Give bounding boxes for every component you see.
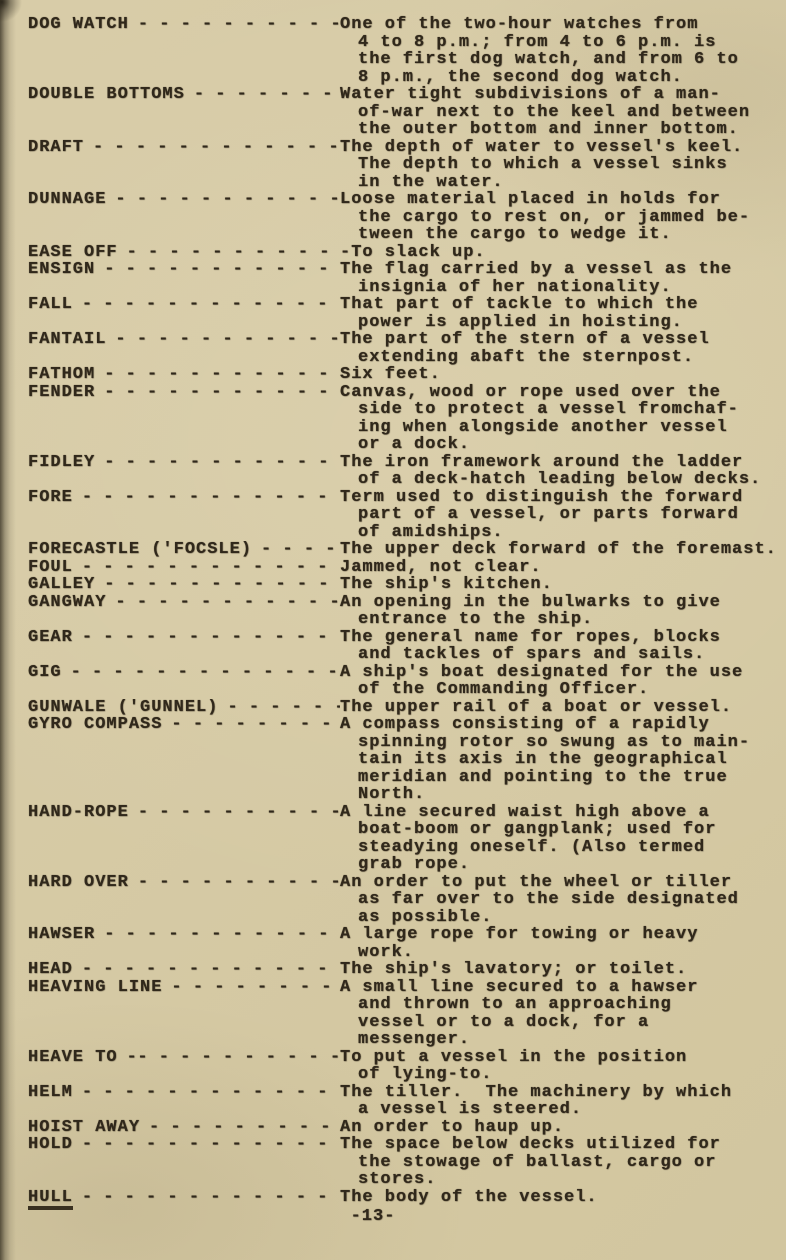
dash-leader: - - - - - - - - (171, 979, 340, 997)
dash-leader: - - - - - - - - - - - (104, 926, 340, 944)
term-label: DUNNAGE (28, 191, 106, 209)
definition-line: Jammed, not clear. (340, 559, 786, 577)
definition-line: and thrown to an approaching (340, 996, 786, 1014)
definition-text: A ship's boat designated for the useof t… (340, 664, 786, 699)
definition-line: An order to haup up. (340, 1119, 786, 1137)
definition-text: The iron framework around the ladderof a… (340, 454, 786, 489)
term-label: FORE (28, 489, 73, 507)
glossary-entry: DUNNAGE - - - - - - - - - - - Loose mate… (28, 191, 786, 244)
term-label: DRAFT (28, 139, 84, 157)
glossary-entry: GUNWALE ('GUNNEL) - - - - - - The upper … (28, 699, 786, 717)
definition-line: The depth to which a vessel sinks (340, 156, 786, 174)
term-label: GALLEY (28, 576, 95, 594)
definition-text: A compass consisting of a rapidlyspinnin… (340, 716, 786, 804)
dash-leader: - - - - - - - - - - - - (82, 296, 340, 314)
glossary-entry: FALL - - - - - - - - - - - - That part o… (28, 296, 786, 331)
definition-text: The space below decks utilized forthe st… (340, 1136, 786, 1189)
glossary-entry: FENDER - - - - - - - - - - - Canvas, woo… (28, 384, 786, 454)
definition-line: work. (340, 944, 786, 962)
dash-leader: - - - - - - - - - - - (104, 576, 340, 594)
definition-text: An order to put the wheel or tilleras fa… (340, 874, 786, 927)
glossary-entry: HEAVING LINE - - - - - - - - A small lin… (28, 979, 786, 1049)
definition-line: The ship's kitchen. (340, 576, 786, 594)
definition-line: The flag carried by a vessel as the (340, 261, 786, 279)
dash-leader: - - - - - - - - - - (138, 804, 340, 822)
definition-line: grab rope. (340, 856, 786, 874)
definition-line: Canvas, wood or rope used over the (340, 384, 786, 402)
definition-line: of lying-to. (340, 1066, 786, 1084)
definition-text: The ship's kitchen. (340, 576, 786, 594)
definition-line: tain its axis in the geographical (340, 751, 786, 769)
definition-line: 8 p.m., the second dog watch. (340, 69, 786, 87)
definition-text: Canvas, wood or rope used over theside t… (340, 384, 786, 454)
definition-line: Loose material placed in holds for (340, 191, 786, 209)
definition-line: One of the two-hour watches from (340, 16, 786, 34)
glossary-entry: DOG WATCH - - - - - - - - - - One of the… (28, 16, 786, 86)
definition-line: tween the cargo to wedge it. (340, 226, 786, 244)
definition-text: Water tight subdivisions of a man-of-war… (340, 86, 786, 139)
definition-line: meridian and pointing to the true (340, 769, 786, 787)
definition-line: Six feet. (340, 366, 786, 384)
dash-leader: - - - - - - (227, 699, 340, 717)
definition-line: as far over to the side designated (340, 891, 786, 909)
glossary-entry: HEAD - - - - - - - - - - - - The ship's … (28, 961, 786, 979)
definition-line: A compass consisting of a rapidly (340, 716, 786, 734)
glossary-entry: ENSIGN - - - - - - - - - - - The flag ca… (28, 261, 786, 296)
definition-text: The body of the vessel. (340, 1189, 786, 1207)
definition-line: entrance to the ship. (340, 611, 786, 629)
definition-text: Loose material placed in holds forthe ca… (340, 191, 786, 244)
document-page: DOG WATCH - - - - - - - - - - One of the… (0, 0, 786, 1260)
dash-leader: - - - - - - - - - - - (115, 331, 340, 349)
term-label: HAND-ROPE (28, 804, 129, 822)
glossary-entry: EASE OFF - - - - - - - - - - - -To slack… (28, 244, 786, 262)
term-label: EASE OFF (28, 244, 118, 262)
definition-text: The general name for ropes, blocksand ta… (340, 629, 786, 664)
definition-text: -To slack up. (340, 244, 786, 262)
dash-leader: - - - - - - - - - - - (115, 191, 340, 209)
dash-leader: - - - - - - - - - - - (104, 384, 340, 402)
definition-line: The general name for ropes, blocks (340, 629, 786, 647)
glossary-entry: HEAVE TO -- - - - - - - - - - To put a v… (28, 1049, 786, 1084)
definition-line: as possible. (340, 909, 786, 927)
term-label: HAWSER (28, 926, 95, 944)
definition-text: That part of tackle to which thepower is… (340, 296, 786, 331)
page-number: -13- (0, 1208, 746, 1226)
glossary-entry: HOLD - - - - - - - - - - - - The space b… (28, 1136, 786, 1189)
glossary-entry: DOUBLE BOTTOMS - - - - - - - Water tight… (28, 86, 786, 139)
glossary-entries: DOG WATCH - - - - - - - - - - One of the… (28, 16, 786, 1210)
definition-line: boat-boom or gangplank; used for (340, 821, 786, 839)
glossary-entry: FATHOM - - - - - - - - - - - Six feet. (28, 366, 786, 384)
definition-line: the cargo to rest on, or jammed be- (340, 209, 786, 227)
glossary-entry: FIDLEY - - - - - - - - - - - The iron fr… (28, 454, 786, 489)
dash-leader: - - - - - - - - - - - - (82, 1136, 340, 1154)
definition-line: An opening in the bulwarks to give (340, 594, 786, 612)
definition-line: part of a vessel, or parts forward (340, 506, 786, 524)
dash-leader: - - - - - - - - - - - - (82, 961, 340, 979)
definition-line: ing when alongside another vessel (340, 419, 786, 437)
definition-text: The depth of water to vessel's keel.The … (340, 139, 786, 192)
glossary-entry: GANGWAY - - - - - - - - - - - An opening… (28, 594, 786, 629)
definition-line: The body of the vessel. (340, 1189, 786, 1207)
definition-text: One of the two-hour watches from4 to 8 p… (340, 16, 786, 86)
term-label: GANGWAY (28, 594, 106, 612)
term-label: DOUBLE BOTTOMS (28, 86, 185, 104)
dash-leader: - - - - - - - (194, 86, 340, 104)
term-label: HELM (28, 1084, 73, 1102)
definition-line: The upper rail of a boat or vessel. (340, 699, 786, 717)
dash-leader: - - - - - - - - - - (138, 874, 340, 892)
glossary-entry: GALLEY - - - - - - - - - - - The ship's … (28, 576, 786, 594)
definition-line: and tackles of spars and sails. (340, 646, 786, 664)
term-label: FATHOM (28, 366, 95, 384)
definition-line: 4 to 8 p.m.; from 4 to 6 p.m. is (340, 34, 786, 52)
definition-text: The upper rail of a boat or vessel. (340, 699, 786, 717)
definition-line: power is applied in hoisting. (340, 314, 786, 332)
definition-line: North. (340, 786, 786, 804)
glossary-entry: FORECASTLE ('FOCSLE) - - - - The upper d… (28, 541, 786, 559)
term-label: HEAD (28, 961, 73, 979)
definition-line: The depth of water to vessel's keel. (340, 139, 786, 157)
definition-text: The part of the stern of a vesselextendi… (340, 331, 786, 366)
term-label: GIG (28, 664, 62, 682)
glossary-entry: HELM - - - - - - - - - - - - The tiller.… (28, 1084, 786, 1119)
term-label: DOG WATCH (28, 16, 129, 34)
dash-leader: -- - - - - - - - - - (127, 1049, 340, 1067)
term-label: FIDLEY (28, 454, 95, 472)
definition-line: A small line secured to a hawser (340, 979, 786, 997)
definition-line: of-war next to the keel and between (340, 104, 786, 122)
glossary-entry: HAND-ROPE - - - - - - - - - - A line sec… (28, 804, 786, 874)
definition-line: vessel or to a dock, for a (340, 1014, 786, 1032)
definition-text: A small line secured to a hawserand thro… (340, 979, 786, 1049)
glossary-entry: FOUL - - - - - - - - - - - - Jammed, not… (28, 559, 786, 577)
glossary-entry: HAWSER - - - - - - - - - - - A large rop… (28, 926, 786, 961)
definition-text: Six feet. (340, 366, 786, 384)
definition-text: Term used to distinguish the forwardpart… (340, 489, 786, 542)
dash-leader: - - - - - - - - (171, 716, 340, 734)
glossary-entry: HARD OVER - - - - - - - - - - An order t… (28, 874, 786, 927)
term-label: HOIST AWAY (28, 1119, 140, 1137)
dash-leader: - - - - - - - - - - - - - (71, 664, 340, 682)
term-label: HOLD (28, 1136, 73, 1154)
definition-line: The ship's lavatory; or toilet. (340, 961, 786, 979)
definition-line: stores. (340, 1171, 786, 1189)
definition-line: To put a vessel in the position (340, 1049, 786, 1067)
definition-line: steadying oneself. (Also termed (340, 839, 786, 857)
definition-line: in the water. (340, 174, 786, 192)
dash-leader: - - - - - - - - - - - - (82, 629, 340, 647)
term-label: FANTAIL (28, 331, 106, 349)
definition-line: That part of tackle to which the (340, 296, 786, 314)
definition-text: An opening in the bulwarks to giveentran… (340, 594, 786, 629)
glossary-entry: GEAR - - - - - - - - - - - - The general… (28, 629, 786, 664)
definition-line: spinning rotor so swung as to main- (340, 734, 786, 752)
definition-line: The tiller. The machinery by which (340, 1084, 786, 1102)
definition-line: of the Commanding Officer. (340, 681, 786, 699)
definition-text: Jammed, not clear. (340, 559, 786, 577)
definition-line: messenger. (340, 1031, 786, 1049)
dash-leader: - - - - - - - - - - - - (93, 139, 340, 157)
dash-leader: - - - - (261, 541, 340, 559)
definition-line: extending abaft the sternpost. (340, 349, 786, 367)
definition-line: The iron framework around the ladder (340, 454, 786, 472)
dash-leader: - - - - - - - - - - (138, 16, 340, 34)
definition-text: An order to haup up. (340, 1119, 786, 1137)
glossary-entry: HULL - - - - - - - - - - - - The body of… (28, 1189, 786, 1211)
dash-leader: - - - - - - - - - - - - (82, 1189, 340, 1211)
definition-line: A large rope for towing or heavy (340, 926, 786, 944)
term-label: FOUL (28, 559, 73, 577)
glossary-entry: GYRO COMPASS - - - - - - - - A compass c… (28, 716, 786, 804)
definition-line: An order to put the wheel or tiller (340, 874, 786, 892)
term-label: GYRO COMPASS (28, 716, 162, 734)
dash-leader: - - - - - - - - - - - - (82, 489, 340, 507)
dash-leader: - - - - - - - - - - - (104, 366, 340, 384)
definition-text: A line secured waist high above aboat-bo… (340, 804, 786, 874)
term-label: GUNWALE ('GUNNEL) (28, 699, 218, 717)
definition-line: a vessel is steered. (340, 1101, 786, 1119)
definition-text: The ship's lavatory; or toilet. (340, 961, 786, 979)
glossary-entry: DRAFT - - - - - - - - - - - - The depth … (28, 139, 786, 192)
term-label: HEAVE TO (28, 1049, 118, 1067)
definition-line: Term used to distinguish the forward (340, 489, 786, 507)
glossary-entry: FORE - - - - - - - - - - - - Term used t… (28, 489, 786, 542)
definition-text: To put a vessel in the positionof lying-… (340, 1049, 786, 1084)
term-label: HEAVING LINE (28, 979, 162, 997)
definition-line: side to protect a vessel fromchaf- (340, 401, 786, 419)
definition-line: of a deck-hatch leading below decks. (340, 471, 786, 489)
glossary-entry: HOIST AWAY - - - - - - - - - An order to… (28, 1119, 786, 1137)
dash-leader: - - - - - - - - - - - (127, 244, 340, 262)
term-label: FORECASTLE ('FOCSLE) (28, 541, 252, 559)
definition-text: The tiller. The machinery by whicha vess… (340, 1084, 786, 1119)
definition-line: -To slack up. (340, 244, 786, 262)
definition-text: The upper deck forward of the foremast. (340, 541, 786, 559)
definition-line: the outer bottom and inner bottom. (340, 121, 786, 139)
definition-line: The part of the stern of a vessel (340, 331, 786, 349)
definition-line: the first dog watch, and from 6 to (340, 51, 786, 69)
definition-line: insignia of her nationality. (340, 279, 786, 297)
definition-text: A large rope for towing or heavywork. (340, 926, 786, 961)
dash-leader: - - - - - - - - - - - (115, 594, 340, 612)
dash-leader: - - - - - - - - - - - (104, 261, 340, 279)
definition-line: A ship's boat designated for the use (340, 664, 786, 682)
definition-text: The flag carried by a vessel as theinsig… (340, 261, 786, 296)
term-label: ENSIGN (28, 261, 95, 279)
term-label: GEAR (28, 629, 73, 647)
definition-line: of amidships. (340, 524, 786, 542)
term-label: HULL (28, 1189, 73, 1211)
term-label: FALL (28, 296, 73, 314)
definition-line: Water tight subdivisions of a man- (340, 86, 786, 104)
dash-leader: - - - - - - - - - - - - (82, 559, 340, 577)
term-label: FENDER (28, 384, 95, 402)
definition-line: A line secured waist high above a (340, 804, 786, 822)
term-label: HARD OVER (28, 874, 129, 892)
dash-leader: - - - - - - - - - (149, 1119, 340, 1137)
glossary-entry: GIG - - - - - - - - - - - - - A ship's b… (28, 664, 786, 699)
glossary-entry: FANTAIL - - - - - - - - - - - The part o… (28, 331, 786, 366)
definition-line: The upper deck forward of the foremast. (340, 541, 786, 559)
definition-line: the stowage of ballast, cargo or (340, 1154, 786, 1172)
definition-line: The space below decks utilized for (340, 1136, 786, 1154)
definition-line: or a dock. (340, 436, 786, 454)
dash-leader: - - - - - - - - - - - (104, 454, 340, 472)
dash-leader: - - - - - - - - - - - - (82, 1084, 340, 1102)
